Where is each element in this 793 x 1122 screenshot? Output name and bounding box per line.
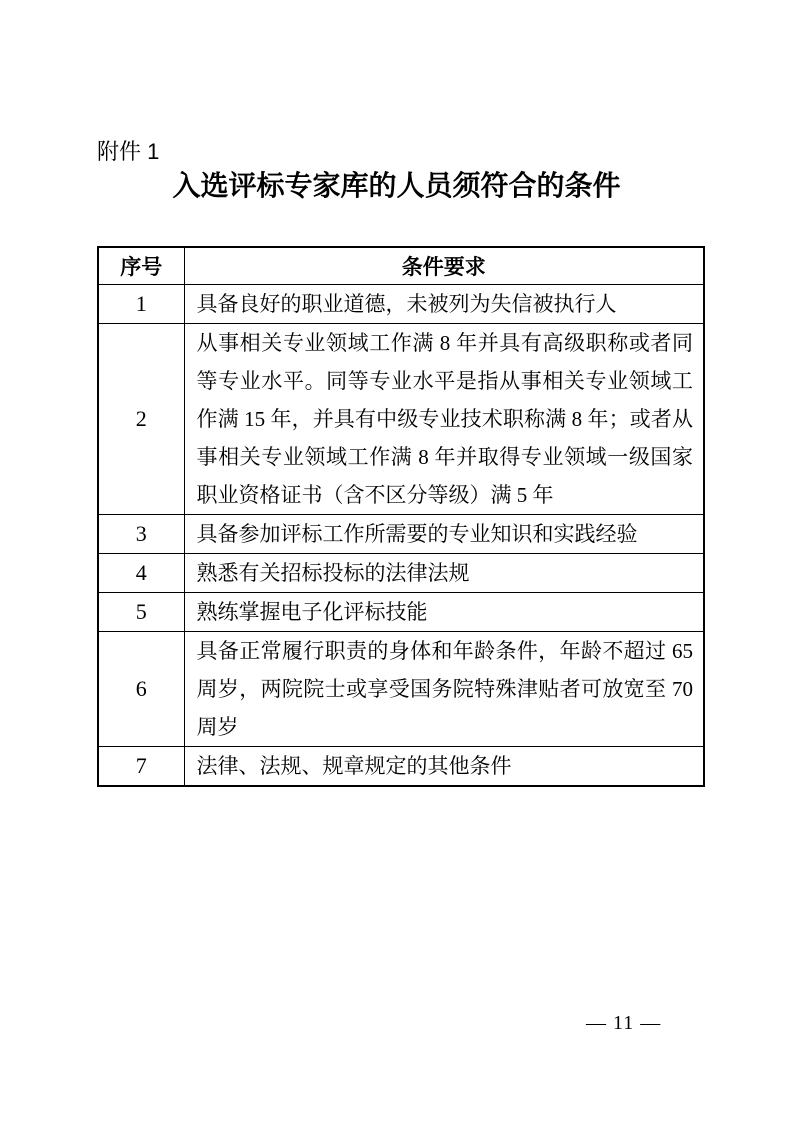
row-condition-text: 具备正常履行职责的身体和年龄条件，年龄不超过 65 周岁，两院院士或享受国务院特… bbox=[184, 632, 704, 747]
table-row: 4 熟悉有关招标投标的法律法规 bbox=[98, 554, 704, 593]
table-row: 7 法律、法规、规章规定的其他条件 bbox=[98, 747, 704, 787]
header-sequence-number: 序号 bbox=[98, 247, 184, 285]
row-number: 1 bbox=[98, 285, 184, 324]
page-number: — 11 — bbox=[586, 1010, 661, 1036]
header-condition-requirement: 条件要求 bbox=[184, 247, 704, 285]
row-condition-text: 具备参加评标工作所需要的专业知识和实践经验 bbox=[184, 515, 704, 554]
attachment-label: 附件 1 bbox=[97, 138, 159, 166]
table-row: 2 从事相关专业领域工作满 8 年并具有高级职称或者同等专业水平。同等专业水平是… bbox=[98, 324, 704, 515]
table-row: 3 具备参加评标工作所需要的专业知识和实践经验 bbox=[98, 515, 704, 554]
table-header-row: 序号 条件要求 bbox=[98, 247, 704, 285]
row-condition-text: 熟悉有关招标投标的法律法规 bbox=[184, 554, 704, 593]
table-row: 1 具备良好的职业道德，未被列为失信被执行人 bbox=[98, 285, 704, 324]
document-page: 附件 1 入选评标专家库的人员须符合的条件 序号 条件要求 1 具备良好的职业道… bbox=[0, 0, 793, 1122]
row-number: 5 bbox=[98, 593, 184, 632]
row-number: 3 bbox=[98, 515, 184, 554]
row-number: 4 bbox=[98, 554, 184, 593]
table-row: 5 熟练掌握电子化评标技能 bbox=[98, 593, 704, 632]
conditions-table: 序号 条件要求 1 具备良好的职业道德，未被列为失信被执行人 2 从事相关专业领… bbox=[97, 246, 705, 787]
row-number: 7 bbox=[98, 747, 184, 787]
row-condition-text: 具备良好的职业道德，未被列为失信被执行人 bbox=[184, 285, 704, 324]
row-condition-text: 法律、法规、规章规定的其他条件 bbox=[184, 747, 704, 787]
page-title: 入选评标专家库的人员须符合的条件 bbox=[0, 167, 793, 207]
row-condition-text: 从事相关专业领域工作满 8 年并具有高级职称或者同等专业水平。同等专业水平是指从… bbox=[184, 324, 704, 515]
row-number: 6 bbox=[98, 632, 184, 747]
row-number: 2 bbox=[98, 324, 184, 515]
table-row: 6 具备正常履行职责的身体和年龄条件，年龄不超过 65 周岁，两院院士或享受国务… bbox=[98, 632, 704, 747]
row-condition-text: 熟练掌握电子化评标技能 bbox=[184, 593, 704, 632]
